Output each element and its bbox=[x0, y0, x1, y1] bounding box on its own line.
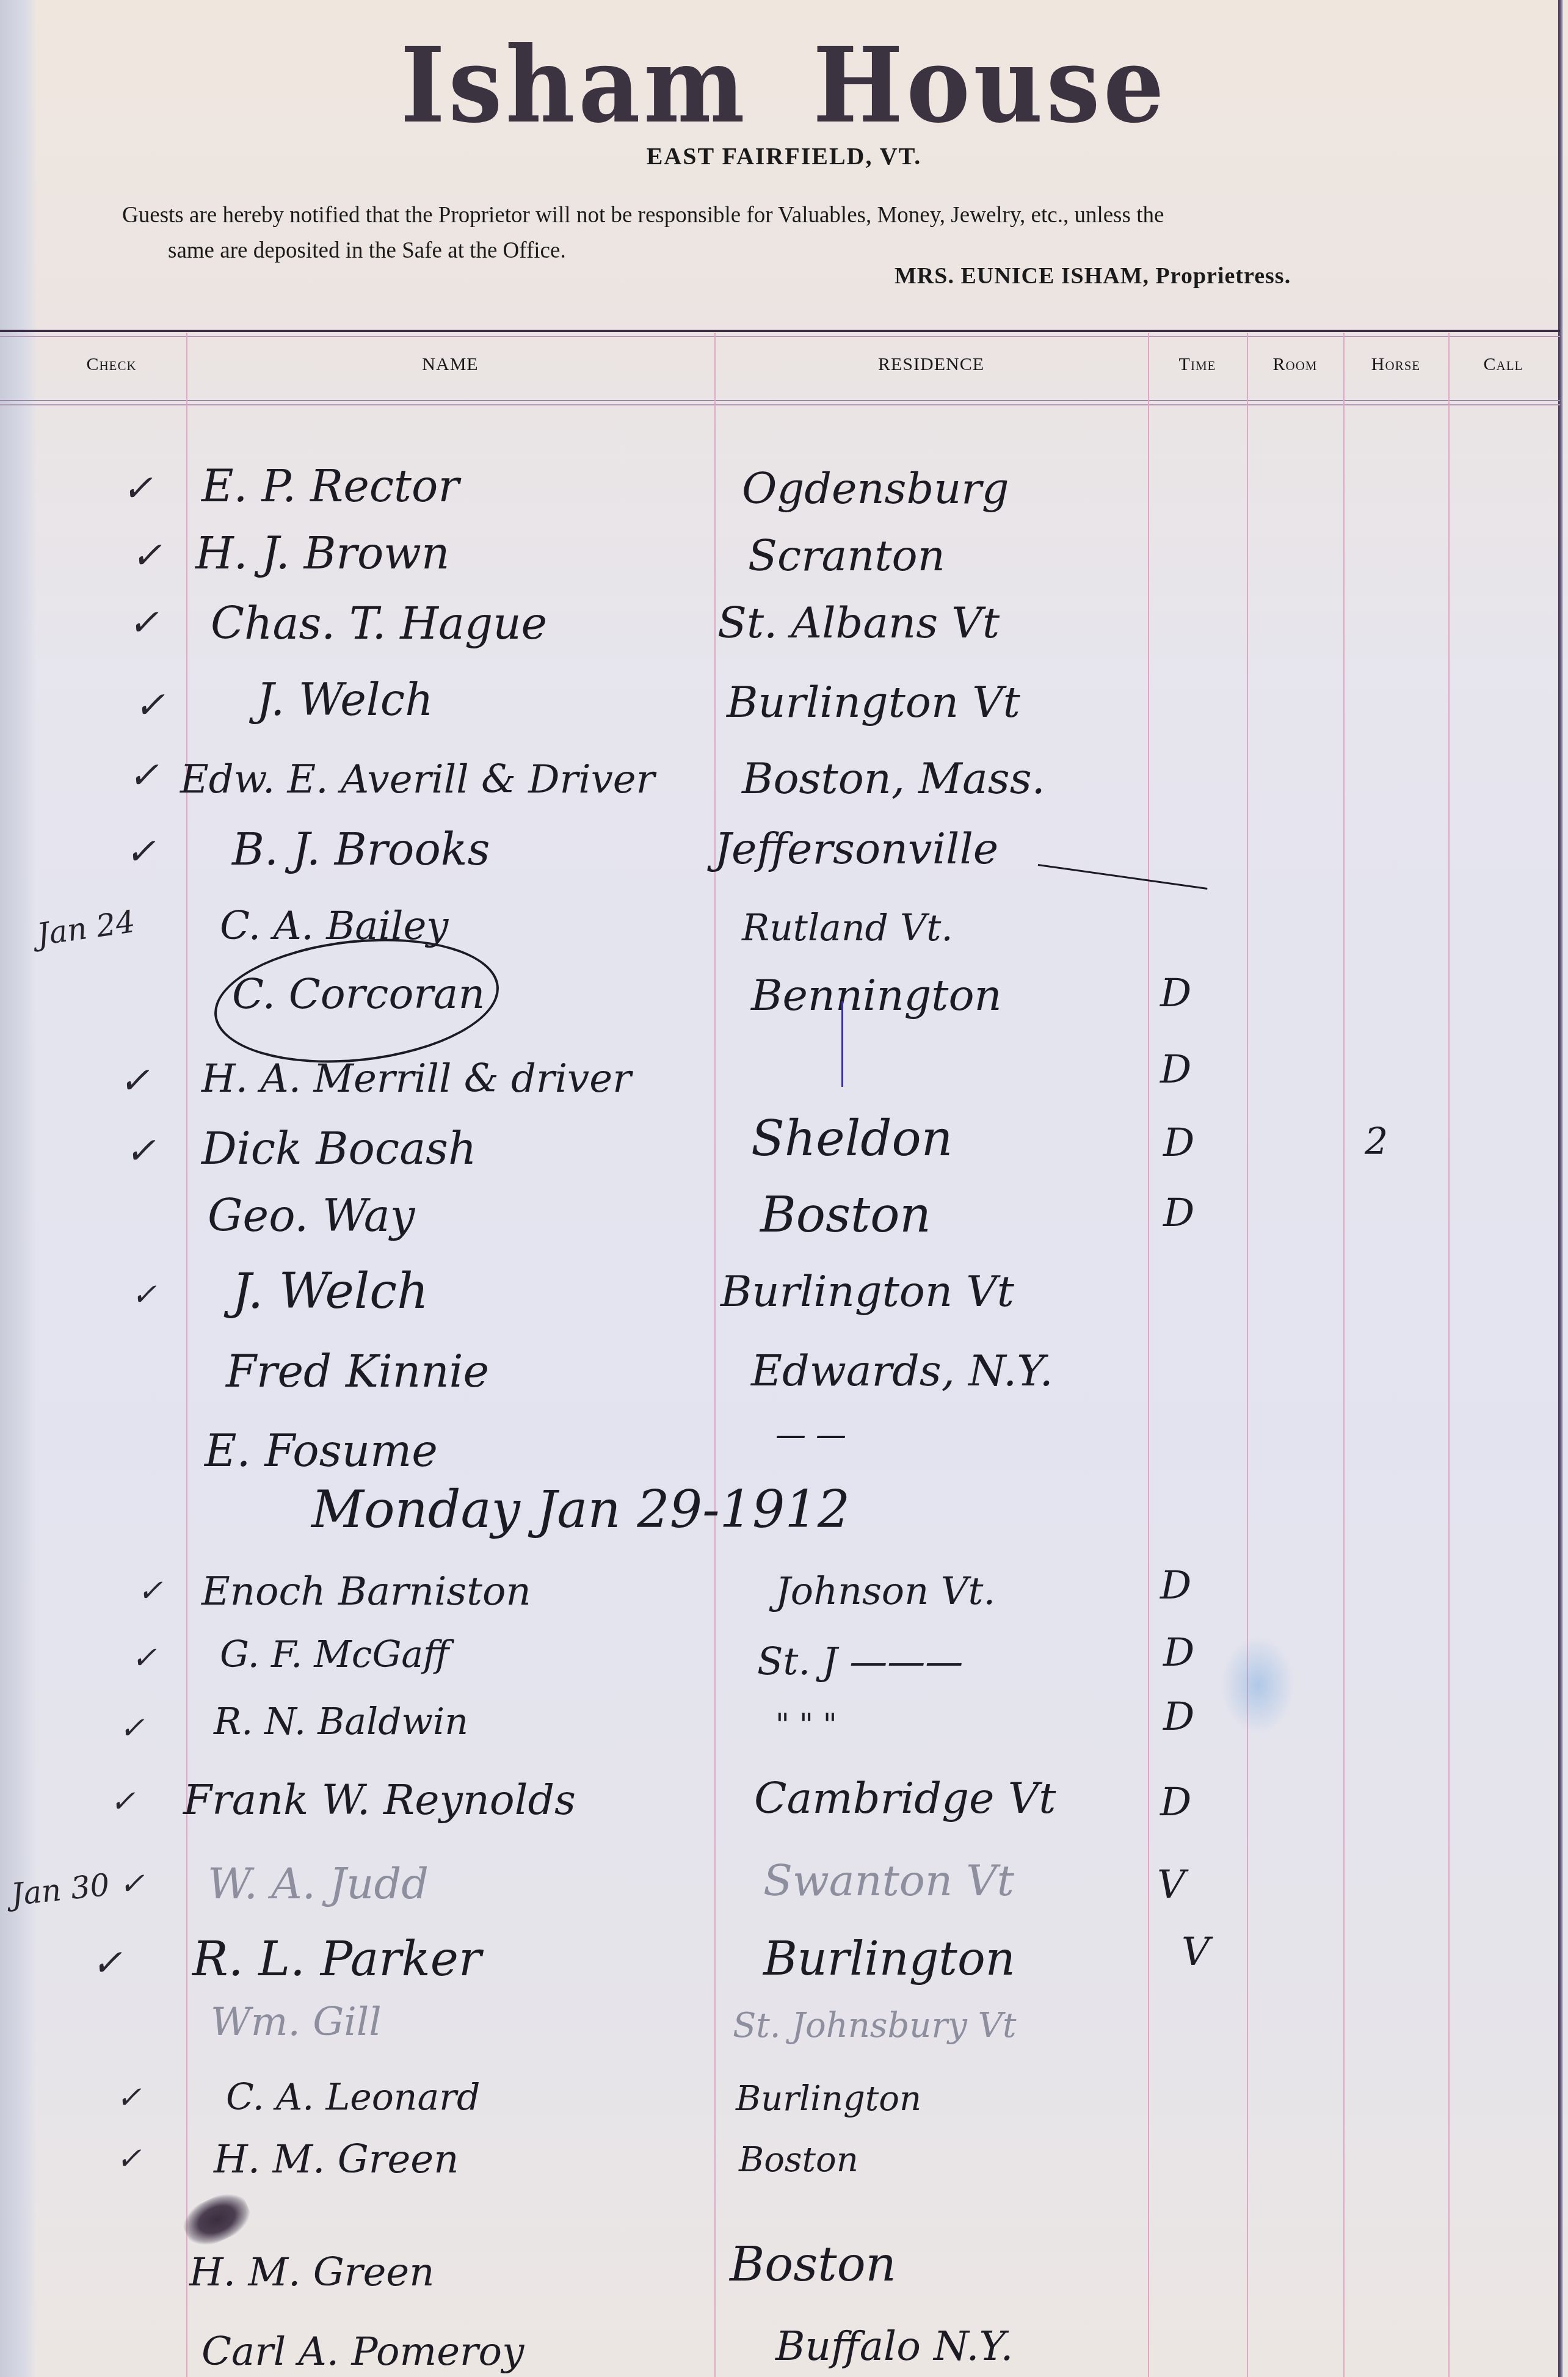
guest-residence: Sheldon bbox=[751, 1114, 953, 1163]
page-edge bbox=[1558, 0, 1563, 2377]
guest-name: Wm. Gill bbox=[211, 2003, 382, 2042]
check-mark: ✓ bbox=[110, 1786, 136, 1816]
guest-name: Fred Kinnie bbox=[226, 1349, 489, 1393]
check-mark: ✓ bbox=[119, 1868, 145, 1899]
horse-count: 2 bbox=[1365, 1123, 1388, 1160]
guest-residence: " " " bbox=[775, 1710, 837, 1740]
column-header-call: Call bbox=[1448, 354, 1558, 375]
guest-name: J. Welch bbox=[256, 678, 434, 722]
guest-residence: Burlington bbox=[763, 1936, 1015, 1982]
column-header-time: Time bbox=[1148, 354, 1247, 375]
guest-residence: Boston bbox=[730, 2241, 896, 2288]
book-gutter bbox=[0, 0, 37, 2377]
guest-residence: — — bbox=[775, 1420, 846, 1450]
guest-residence: Bennington bbox=[751, 974, 1002, 1017]
time-mark: D bbox=[1163, 1194, 1194, 1233]
ink-blot bbox=[177, 2186, 256, 2253]
guest-name: Geo. Way bbox=[208, 1194, 415, 1238]
guest-name: Enoch Barniston bbox=[201, 1572, 531, 1611]
check-mark: ✓ bbox=[131, 1279, 157, 1310]
guest-residence: St. Albans Vt bbox=[717, 601, 1000, 644]
guest-residence: Jeffersonville bbox=[714, 827, 998, 870]
check-mark: ✓ bbox=[125, 1133, 156, 1169]
time-mark: D bbox=[1160, 1783, 1191, 1822]
column-divider-horse-call bbox=[1448, 333, 1450, 2377]
column-divider-room-horse bbox=[1343, 333, 1345, 2377]
proprietor-name: MRS. EUNICE ISHAM, Proprietress. bbox=[895, 263, 1291, 289]
header-top-rule-thin bbox=[0, 336, 1560, 337]
check-mark: ✓ bbox=[128, 604, 159, 641]
day-header: Monday Jan 29-1912 bbox=[311, 1484, 850, 1535]
guest-name: G. F. McGaff bbox=[220, 1636, 449, 1673]
guest-residence: Swanton Vt bbox=[763, 1859, 1014, 1902]
guest-residence: Johnson Vt. bbox=[775, 1572, 995, 1610]
guest-name: E. Fosume bbox=[205, 1429, 438, 1473]
time-mark: V bbox=[1157, 1865, 1185, 1904]
check-mark: ✓ bbox=[131, 537, 162, 574]
guest-name: H. J. Brown bbox=[195, 531, 449, 575]
residence-strike-line bbox=[1038, 864, 1208, 890]
check-mark: ✓ bbox=[116, 2143, 142, 2174]
guest-name: Frank W. Reynolds bbox=[183, 1780, 576, 1821]
check-mark: ✓ bbox=[116, 2082, 142, 2113]
column-header-room: Room bbox=[1247, 354, 1343, 375]
column-divider-name-residence bbox=[714, 333, 716, 2377]
guest-residence: Buffalo N.Y. bbox=[775, 2326, 1014, 2367]
guest-name: R. N. Baldwin bbox=[214, 1704, 468, 1740]
time-mark: D bbox=[1160, 1050, 1191, 1089]
guest-residence: Rutland Vt. bbox=[742, 910, 953, 946]
notice-line-1: Guests are hereby notified that the Prop… bbox=[122, 203, 1164, 228]
guest-name: Edw. E. Averill & Driver bbox=[180, 760, 655, 799]
guest-name: C. A. Leonard bbox=[226, 2079, 480, 2116]
column-divider-check-name bbox=[186, 333, 187, 2377]
guest-residence: St. Johnsbury Vt bbox=[733, 2009, 1017, 2043]
guest-residence: Burlington bbox=[736, 2082, 921, 2116]
guest-name: J. Welch bbox=[232, 1267, 429, 1316]
column-divider-time-room bbox=[1247, 333, 1248, 2377]
column-header-horse: Horse bbox=[1343, 354, 1448, 375]
check-mark: ✓ bbox=[137, 1575, 163, 1606]
guest-residence: Boston bbox=[739, 2143, 858, 2177]
check-mark: ✓ bbox=[125, 833, 156, 870]
header-top-rule bbox=[0, 330, 1560, 332]
time-mark: D bbox=[1163, 1697, 1194, 1736]
margin-date-jan-24: Jan 24 bbox=[35, 906, 137, 950]
check-mark: ✓ bbox=[92, 1945, 122, 1981]
time-mark: D bbox=[1163, 1633, 1194, 1672]
header-bottom-rule bbox=[0, 400, 1560, 401]
margin-date-jan-30: Jan 30 bbox=[10, 1870, 111, 1911]
column-divider-residence-time bbox=[1148, 333, 1149, 2377]
check-mark: ✓ bbox=[119, 1062, 150, 1099]
guest-residence: Burlington Vt bbox=[727, 681, 1020, 724]
guest-name: H. A. Merrill & driver bbox=[201, 1059, 631, 1098]
check-mark: ✓ bbox=[119, 1713, 145, 1743]
guest-name: H. M. Green bbox=[189, 2253, 434, 2292]
guest-name: Chas. T. Hague bbox=[211, 601, 547, 645]
time-mark: D bbox=[1163, 1123, 1194, 1163]
hotel-location: EAST FAIRFIELD, VT. bbox=[0, 142, 1568, 170]
liability-notice: Guests are hereby notified that the Prop… bbox=[122, 198, 1453, 269]
guest-name: Carl A. Pomeroy bbox=[201, 2332, 524, 2372]
column-header-check: Check bbox=[37, 354, 186, 375]
time-mark: D bbox=[1160, 974, 1191, 1013]
check-mark: ✓ bbox=[122, 470, 153, 507]
column-header-residence: RESIDENCE bbox=[714, 354, 1148, 375]
guest-name: R. L. Parker bbox=[192, 1936, 481, 1983]
guest-name: H. M. Green bbox=[214, 2140, 459, 2179]
guest-residence: Boston, Mass. bbox=[742, 757, 1045, 800]
time-mark: V bbox=[1181, 1932, 1210, 1972]
guest-residence: Burlington Vt bbox=[720, 1270, 1014, 1313]
guest-name: B. J. Brooks bbox=[232, 827, 490, 871]
header-bottom-rule-thin bbox=[0, 404, 1560, 405]
check-mark: ✓ bbox=[134, 687, 165, 724]
guest-name: W. A. Judd bbox=[208, 1862, 429, 1905]
guest-name: E. P. Rector bbox=[201, 464, 459, 508]
guest-residence: Ogdensburg bbox=[742, 467, 1009, 510]
guest-residence: Edwards, N.Y. bbox=[751, 1349, 1053, 1392]
check-mark: ✓ bbox=[128, 757, 159, 794]
check-mark: ✓ bbox=[131, 1642, 157, 1673]
guest-residence: St. J ——— bbox=[757, 1642, 963, 1680]
guest-name: Dick Bocash bbox=[201, 1127, 476, 1170]
ink-stain-blue bbox=[1221, 1636, 1294, 1734]
hotel-title: Isham House bbox=[63, 24, 1506, 147]
blue-pen-mark bbox=[841, 1001, 843, 1087]
guest-residence: Boston bbox=[760, 1191, 931, 1239]
column-header-name: NAME bbox=[186, 354, 714, 375]
time-mark: D bbox=[1160, 1566, 1191, 1605]
guest-residence: Scranton bbox=[748, 534, 945, 577]
guest-residence: Cambridge Vt bbox=[754, 1777, 1056, 1820]
